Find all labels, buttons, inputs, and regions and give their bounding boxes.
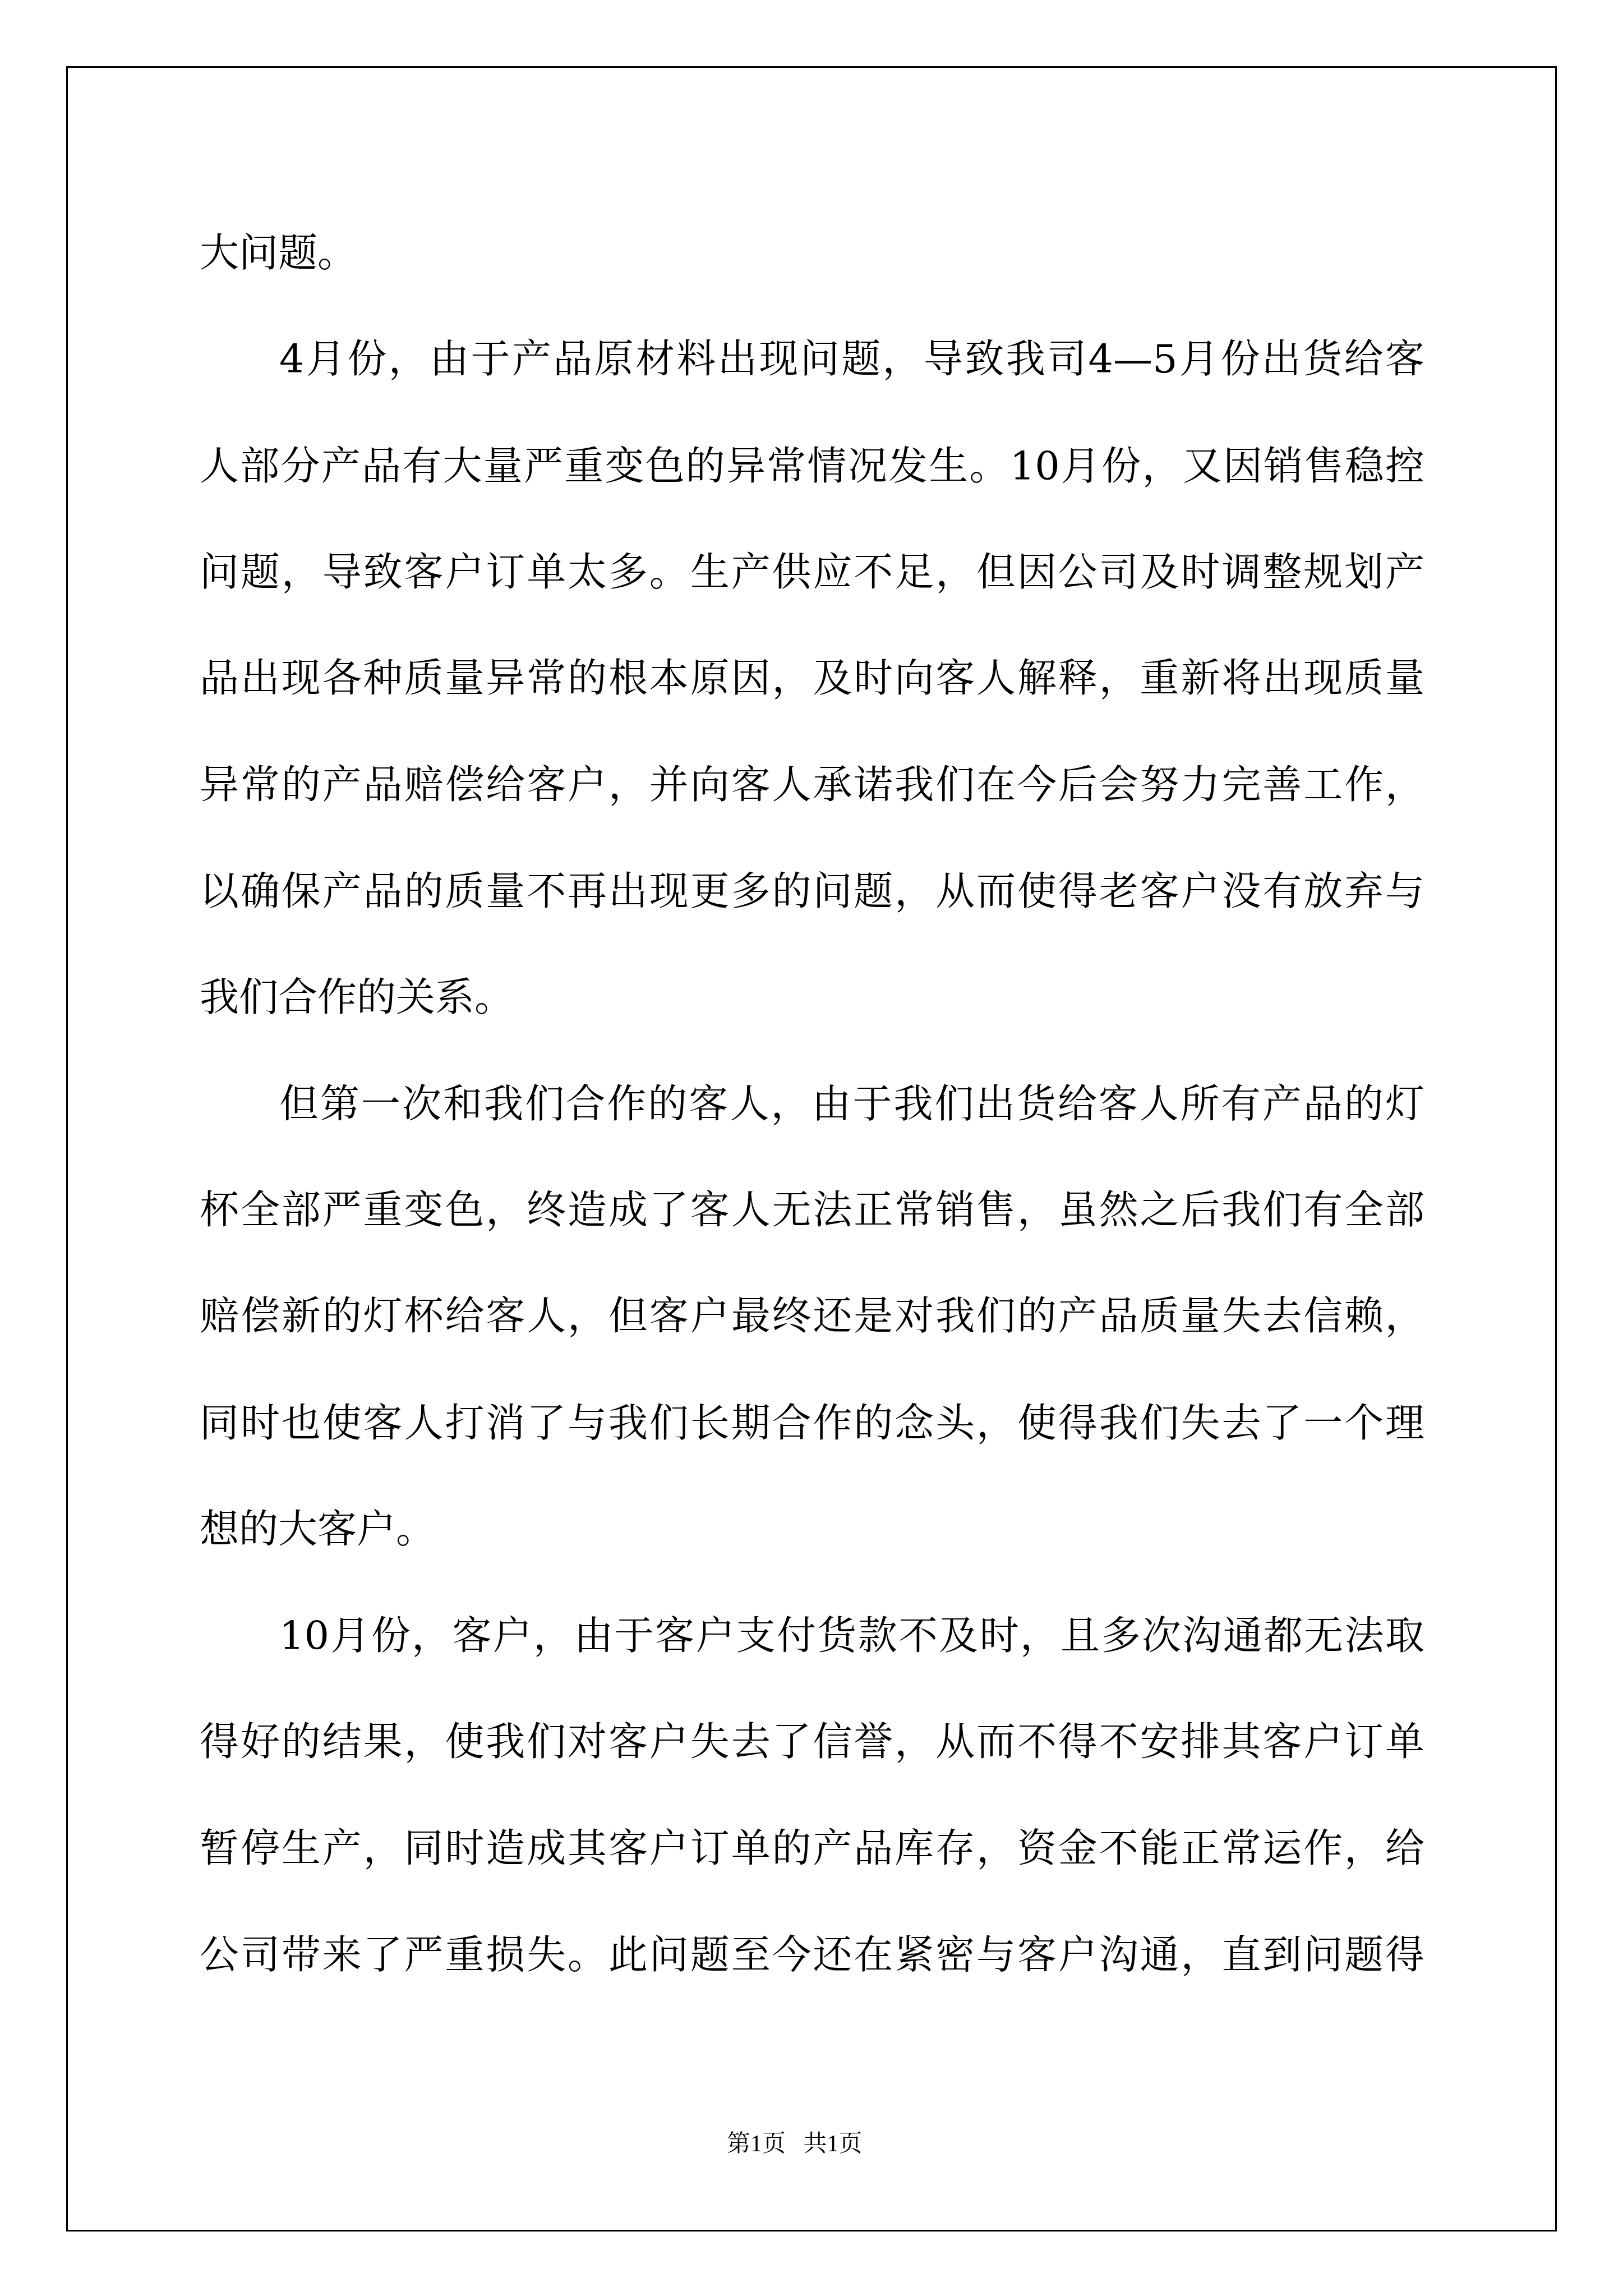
text-line: 赔偿新的灯杯给客人，但客户最终还是对我们的产品质量失去信赖， xyxy=(200,1294,1424,1338)
text-line: 异常的产品赔偿给客户，并向客人承诺我们在今后会努力完善工作， xyxy=(200,762,1424,807)
text-line: 想的大客户。 xyxy=(200,1507,1424,1552)
text-line: 10月份，客户，由于客户支付货款不及时，且多次沟通都无法取 xyxy=(279,1613,1424,1658)
text-line: 人部分产品有大量严重变色的异常情况发生。10月份，又因销售稳控 xyxy=(200,444,1424,489)
text-line: 品出现各种质量异常的根本原因，及时向客人解释，重新将出现质量 xyxy=(200,656,1424,701)
text-line: 大问题。 xyxy=(200,231,1424,275)
text-line: 公司带来了严重损失。此问题至今还在紧密与客户沟通，直到问题得 xyxy=(200,1932,1424,1977)
text-line: 以确保产品的质量不再出现更多的问题，从而使得老客户没有放弃与 xyxy=(200,869,1424,914)
page-number-footer: 第1页 共1页 xyxy=(727,2129,895,2159)
text-line: 问题，导致客户订单太多。生产供应不足，但因公司及时调整规划产 xyxy=(200,550,1424,595)
text-line: 但第一次和我们合作的客人，由于我们出货给客人所有产品的灯 xyxy=(279,1082,1424,1126)
text-line: 我们合作的关系。 xyxy=(200,975,1424,1020)
text-line: 同时也使客人打消了与我们长期合作的念头，使得我们失去了一个理 xyxy=(200,1401,1424,1446)
text-line: 得好的结果，使我们对客户失去了信誉，从而不得不安排其客户订单 xyxy=(200,1719,1424,1764)
text-line: 4月份，由于产品原材料出现问题，导致我司4—5月份出货给客 xyxy=(279,337,1424,381)
text-line: 暂停生产，同时造成其客户订单的产品库存，资金不能正常运作，给 xyxy=(200,1826,1424,1871)
text-line: 杯全部严重变色，终造成了客人无法正常销售，虽然之后我们有全部 xyxy=(200,1188,1424,1232)
page-border-frame xyxy=(66,66,1557,2231)
